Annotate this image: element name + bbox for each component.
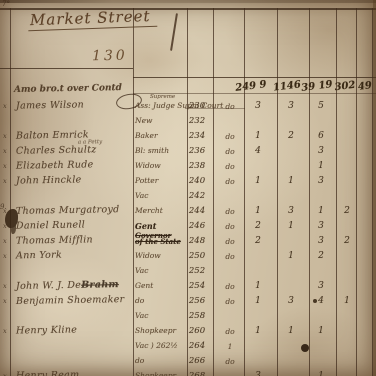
- resident-name-struck: Brahm: [81, 279, 119, 291]
- house-number: 232: [183, 116, 211, 126]
- tax-value: 1: [248, 176, 268, 186]
- house-number: 250: [183, 251, 211, 261]
- tax-value: 1: [281, 251, 301, 261]
- tax-value: 3: [281, 101, 301, 111]
- resident-name: Charles Schultza a Petty: [16, 144, 97, 156]
- tax-value: 1: [248, 296, 268, 306]
- house-number: 256: [183, 296, 211, 306]
- occupation: do: [135, 296, 144, 305]
- margin-tick: x: [3, 102, 11, 110]
- tax-value: 3: [311, 146, 331, 156]
- ditto-mark: do: [221, 222, 239, 231]
- tax-value: 3: [281, 206, 301, 216]
- occupation: Shopkeepr: [135, 371, 176, 376]
- occupation: Mercht: [135, 206, 163, 215]
- house-number: 252: [183, 266, 211, 276]
- margin-tick: x: [3, 252, 11, 260]
- ledger-row: John W. J. DeBrahmGent254do13: [0, 279, 376, 294]
- margin-tick: x: [3, 327, 11, 335]
- tax-value: 3: [311, 281, 331, 291]
- tax-value: 6: [311, 131, 331, 141]
- ledger-row: Henry ReamShopkeepr26831: [0, 369, 376, 376]
- tax-value: 5: [311, 101, 331, 111]
- ledger-page: 7° Market Street 130 Amo bro.t over Cont…: [0, 0, 376, 376]
- house-number: 238: [183, 161, 211, 171]
- house-number: 240: [183, 176, 211, 186]
- ditto-mark: do: [221, 162, 239, 171]
- ditto-mark: do: [221, 357, 239, 366]
- carry-forward-row: Amo bro.t over Contd249 9114639 1930249: [0, 84, 376, 99]
- ditto-mark: do: [221, 237, 239, 246]
- margin-tick: x: [3, 297, 11, 305]
- margin-tick: x: [3, 177, 11, 185]
- house-number: 268: [183, 371, 211, 376]
- tax-value: 3: [311, 176, 331, 186]
- tax-value: 3: [311, 236, 331, 246]
- carry-forward-label: Amo bro.t over Contd: [14, 83, 122, 95]
- margin-tick: x: [3, 222, 11, 230]
- ledger-row: Benjamin Shoemakerdo256do1341: [0, 294, 376, 309]
- ledger-row: Vac252: [0, 264, 376, 279]
- house-number: 246: [183, 221, 211, 231]
- house-number: 244: [183, 206, 211, 216]
- occupation: Vac: [135, 266, 148, 275]
- header-box-rule: [0, 68, 133, 69]
- resident-name: Henry Ream: [16, 369, 80, 376]
- occupation: Governor of the State: [135, 233, 181, 245]
- column-total: 249 9: [233, 79, 268, 94]
- page-number: 130: [92, 48, 128, 65]
- resident-name: Ann York: [16, 250, 62, 262]
- resident-name: Thomas Mifflin: [16, 234, 93, 246]
- totals-top-rule: [133, 77, 376, 78]
- tax-value: 1: [248, 281, 268, 291]
- tax-value: 2: [337, 236, 357, 246]
- tax-value: 2: [337, 206, 357, 216]
- house-number: 264: [183, 341, 211, 351]
- house-number: 236: [183, 146, 211, 156]
- interlined-note: a a Petty: [78, 139, 102, 145]
- scan-edge-top: [0, 0, 376, 3]
- pen-stroke-mark: [170, 13, 178, 51]
- margin-tick: x: [3, 372, 11, 376]
- tax-value: 2: [311, 251, 331, 261]
- occupation: Shopkeepr: [135, 326, 176, 335]
- occupation: Baker: [135, 131, 158, 140]
- street-header: Market Street: [28, 7, 157, 31]
- ledger-row: Vac258: [0, 309, 376, 324]
- ledger-row: Charles Schultza a PettyBl: smith236do43: [0, 144, 376, 159]
- house-number: 260: [183, 326, 211, 336]
- occupation: Bl: smith: [135, 146, 169, 155]
- ditto-mark: do: [221, 297, 239, 306]
- tax-value: 1: [311, 206, 331, 216]
- house-number: 258: [183, 311, 211, 321]
- interlined-note: Supreme: [150, 94, 175, 100]
- resident-name: Benjamin Shoemaker: [16, 294, 125, 307]
- tax-value: 2: [248, 236, 268, 246]
- occupation: Gent: [135, 281, 153, 290]
- tax-value: 4: [311, 296, 331, 306]
- resident-name: James Wilson: [16, 99, 84, 111]
- resident-name: John Hinckle: [16, 174, 82, 186]
- occupation: Vac: [135, 311, 148, 320]
- ledger-row: Vac ) 262½2641: [0, 339, 376, 354]
- tax-value: 1: [337, 296, 357, 306]
- ledger-row: Henry KlineShopkeepr260do111: [0, 324, 376, 339]
- occupation: New: [135, 116, 152, 125]
- occupation: Widow: [135, 161, 161, 170]
- tax-value: 1: [248, 206, 268, 216]
- resident-name: Henry Kline: [16, 324, 77, 336]
- tax-value: 1: [248, 326, 268, 336]
- house-number: 230: [183, 101, 211, 111]
- tax-value: 1: [281, 221, 301, 231]
- occupation: Potter: [135, 176, 158, 185]
- occupation: Vac: [135, 191, 148, 200]
- tax-value: 1: [248, 131, 268, 141]
- ditto-mark: do: [221, 207, 239, 216]
- ledger-row: Ann YorkWidow250do12: [0, 249, 376, 264]
- tax-value: 4: [248, 146, 268, 156]
- house-number: 248: [183, 236, 211, 246]
- margin-tick: x: [3, 132, 11, 140]
- ditto-mark: do: [221, 102, 239, 111]
- occupation: do: [135, 356, 144, 365]
- ditto-mark: do: [221, 327, 239, 336]
- occupation: Gent: [135, 221, 156, 231]
- ditto-mark: do: [221, 147, 239, 156]
- ditto-mark: do: [221, 177, 239, 186]
- resident-name: Daniel Runell: [16, 219, 85, 231]
- tax-value: 2: [281, 131, 301, 141]
- resident-name: John W. J. DeBrahm: [16, 279, 119, 292]
- resident-name: Elizabeth Rude: [16, 159, 94, 171]
- ditto-mark: do: [221, 282, 239, 291]
- ledger-row: Balton EmrickBaker234do126: [0, 129, 376, 144]
- tax-value: 1: [281, 326, 301, 336]
- tax-value: 3: [248, 101, 268, 111]
- ditto-mark: do: [221, 252, 239, 261]
- margin-tick: x: [3, 162, 11, 170]
- house-number: 266: [183, 356, 211, 366]
- tax-value: 1: [311, 161, 331, 171]
- occupation: Vac ) 262½: [135, 341, 178, 350]
- house-number: 254: [183, 281, 211, 291]
- margin-tick: x: [3, 237, 11, 245]
- house-number: 234: [183, 131, 211, 141]
- occupation: Widow: [135, 251, 161, 260]
- ledger-row: James WilsonAss: Judge Supm CourtSupreme…: [0, 99, 376, 114]
- tax-value: 3: [248, 371, 268, 376]
- ledger-row: John HincklePotter240do113: [0, 174, 376, 189]
- ditto-mark: do: [221, 132, 239, 141]
- tax-value: 1: [311, 371, 331, 376]
- margin-tick: x: [3, 147, 11, 155]
- tax-value: 1: [311, 326, 331, 336]
- house-number: 242: [183, 191, 211, 201]
- ledger-row: Vac242: [0, 189, 376, 204]
- tax-value: 3: [281, 296, 301, 306]
- ledger-row: Thomas MifflinGovernor of the State248do…: [0, 234, 376, 249]
- ledger-row: Daniel RunellGent246do213: [0, 219, 376, 234]
- ditto-mark: 1: [221, 342, 239, 351]
- ledger-row: Elizabeth RudeWidow238do1: [0, 159, 376, 174]
- margin-tick: x: [3, 282, 11, 290]
- ledger-row: New232: [0, 114, 376, 129]
- ledger-row: Thomas MurgatroydMercht244do1312: [0, 204, 376, 219]
- margin-note: 9.: [0, 203, 8, 211]
- tax-value: 3: [311, 221, 331, 231]
- tax-value: 2: [248, 221, 268, 231]
- ledger-row: do266do: [0, 354, 376, 369]
- tax-value: 1: [281, 176, 301, 186]
- resident-name: Thomas Murgatroyd: [16, 204, 120, 217]
